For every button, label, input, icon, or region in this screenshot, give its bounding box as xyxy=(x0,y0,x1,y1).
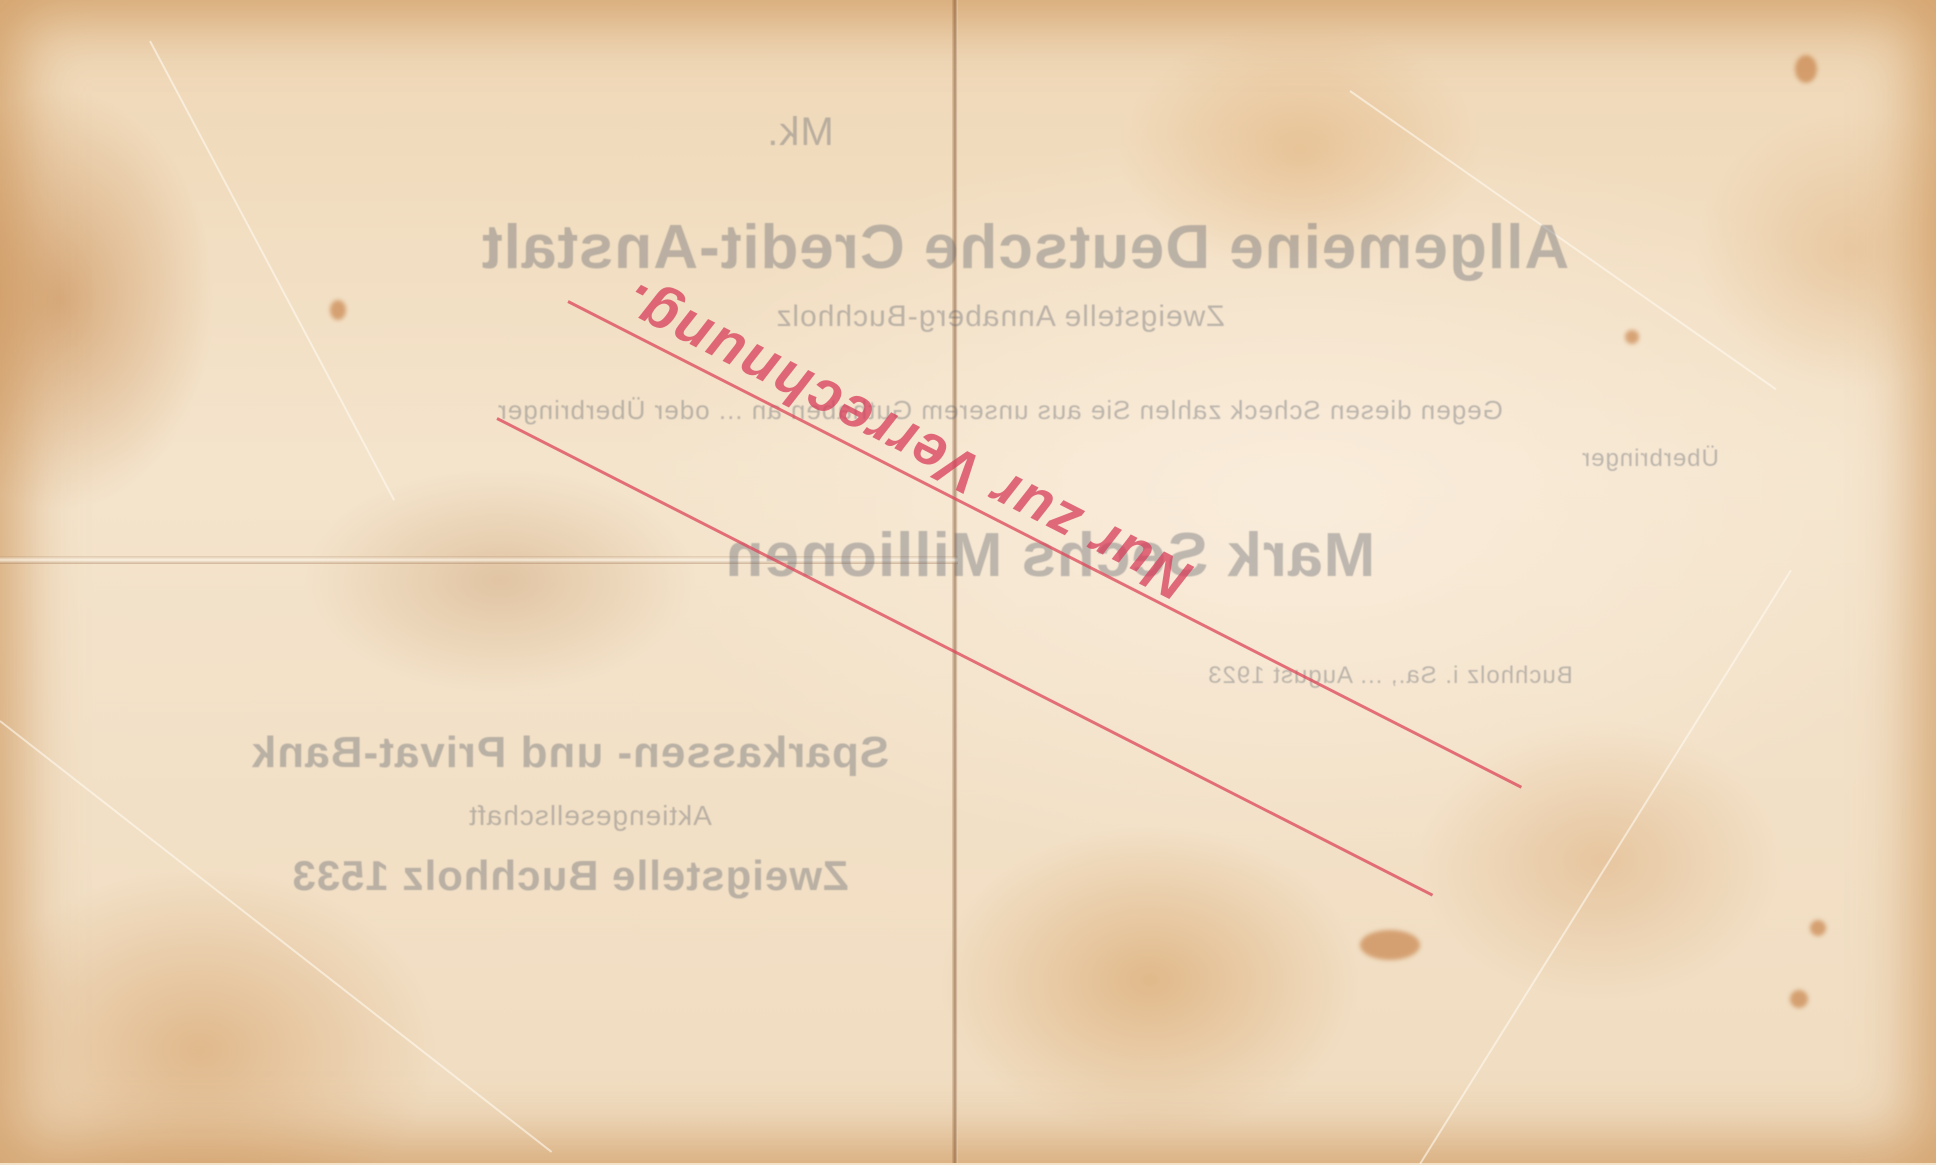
bleed-payment-clause-2: Überbringer xyxy=(1500,445,1800,473)
bleed-payment-clause: Gegen diesen Scheck zahlen Sie aus unser… xyxy=(200,395,1800,426)
bleed-issuer-title: Allgemeine Deutsche Credit-Anstalt xyxy=(300,212,1750,283)
stain-spot xyxy=(1625,330,1639,344)
bleed-drawer-form: Aktiengesellschaft xyxy=(390,800,790,832)
bleed-drawer-bank: Sparkassen- und Privat-Bank xyxy=(190,728,950,778)
stain-spot xyxy=(1810,920,1826,936)
stain-spot xyxy=(1360,930,1420,960)
stain-spot xyxy=(1795,55,1817,83)
stain-spot xyxy=(330,300,346,320)
stain-spot xyxy=(1790,990,1808,1008)
bleed-denomination: Mk. xyxy=(720,110,880,155)
bleed-drawer-branch: Zweigstelle Buchholz 1533 xyxy=(240,852,900,900)
bleed-date-line: Buchholz i. Sa., ... August 1923 xyxy=(1000,662,1780,690)
